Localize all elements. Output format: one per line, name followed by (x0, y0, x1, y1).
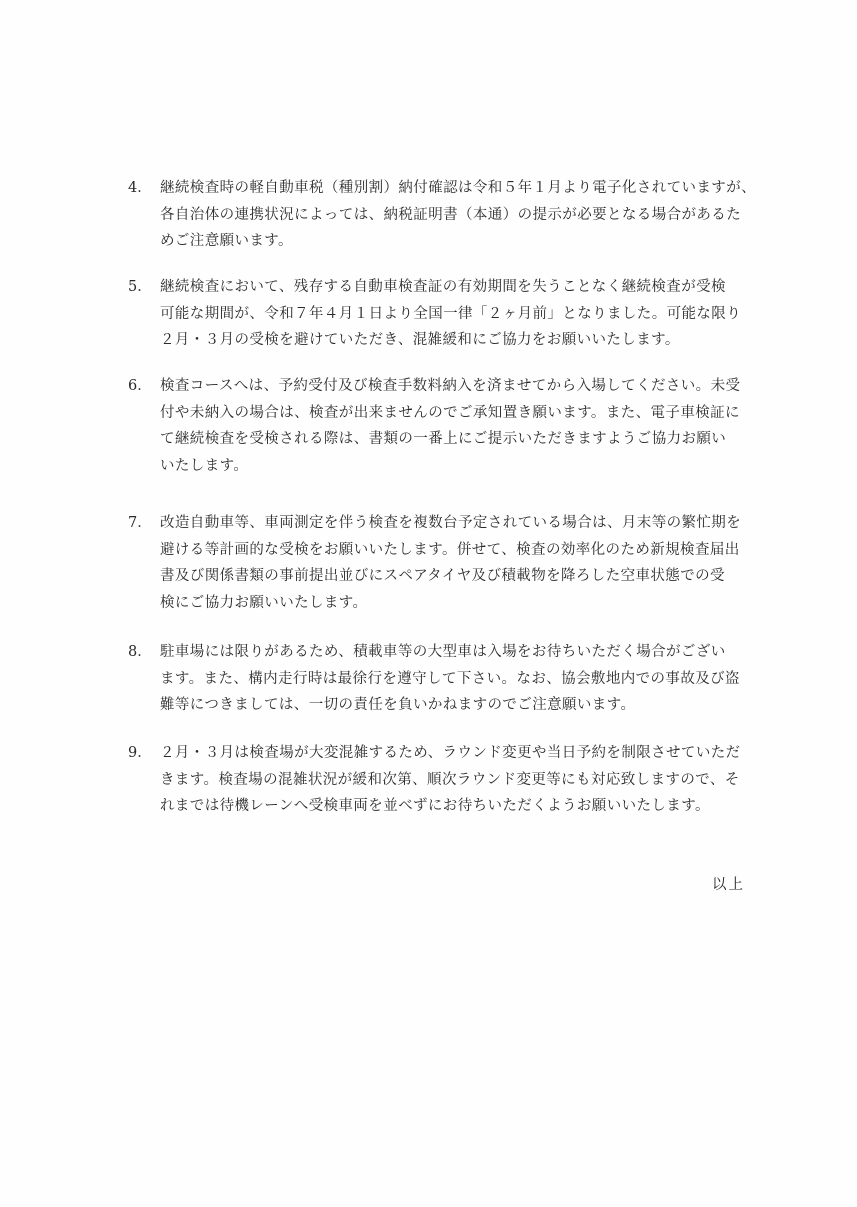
item-number: 5． (128, 274, 152, 301)
text-line: て継続検査を受検される際は、書類の一番上にご提示いただきますようご協力お願い (160, 426, 760, 453)
text-line: 付や未納入の場合は、検査が出来ませんのでご承知置き願います。また、電子車検証に (160, 400, 760, 427)
text-line: ２月・３月は検査場が大変混雑するため、ラウンド変更や当日予約を制限させていただ (160, 740, 760, 767)
item-text: 駐車場には限りがあるため、積載車等の大型車は入場をお待ちいただく場合がござい ま… (160, 639, 760, 719)
text-line: 検査コースへは、予約受付及び検査手数料納入を済ませてから入場してください。未受 (160, 373, 760, 400)
item-number: 9． (128, 740, 152, 767)
text-line: きます。検査場の混雑状況が緩和次第、順次ラウンド変更等にも対応致しますので、そ (160, 767, 760, 794)
item-number: 4． (128, 175, 152, 202)
text-line: 各自治体の連携状況によっては、納税証明書（本通）の提示が必要となる場合があるた (160, 202, 760, 229)
text-line: 可能な期間が、令和７年４月１日より全国一律「２ヶ月前」となりました。可能な限り (160, 301, 760, 328)
text-line: れまでは待機レーンへ受検車両を並べずにお待ちいただくようお願いいたします。 (160, 793, 760, 820)
text-line: 難等につきましては、一切の責任を負いかねますのでご注意願います。 (160, 692, 760, 719)
text-line: ます。また、構内走行時は最徐行を遵守して下さい。なお、協会敷地内での事故及び盗 (160, 666, 760, 693)
text-line: 避ける等計画的な受検をお願いいたします。併せて、検査の効率化のため新規検査届出 (160, 537, 760, 564)
document-page: 4． 継続検査時の軽自動車税（種別割）納付確認は令和５年１月より電子化されていま… (0, 0, 857, 1207)
item-text: ２月・３月は検査場が大変混雑するため、ラウンド変更や当日予約を制限させていただ … (160, 740, 760, 820)
text-line: 継続検査において、残存する自動車検査証の有効期間を失うことなく継続検査が受検 (160, 274, 760, 301)
text-line: 検にご協力お願いいたします。 (160, 590, 760, 617)
closing-remark: 以上 (712, 875, 745, 895)
text-line: 改造自動車等、車両測定を伴う検査を複数台予定されている場合は、月末等の繁忙期を (160, 510, 760, 537)
text-line: 継続検査時の軽自動車税（種別割）納付確認は令和５年１月より電子化されていますが、 (160, 175, 760, 202)
text-line: ２月・３月の受検を避けていただき、混雑緩和にご協力をお願いいたします。 (160, 327, 760, 354)
text-line: 駐車場には限りがあるため、積載車等の大型車は入場をお待ちいただく場合がござい (160, 639, 760, 666)
item-text: 検査コースへは、予約受付及び検査手数料納入を済ませてから入場してください。未受 … (160, 373, 760, 479)
text-line: いたします。 (160, 453, 760, 480)
item-text: 継続検査において、残存する自動車検査証の有効期間を失うことなく継続検査が受検 可… (160, 274, 760, 354)
item-text: 継続検査時の軽自動車税（種別割）納付確認は令和５年１月より電子化されていますが、… (160, 175, 760, 255)
text-line: めご注意願います。 (160, 228, 760, 255)
item-text: 改造自動車等、車両測定を伴う検査を複数台予定されている場合は、月末等の繁忙期を … (160, 510, 760, 616)
item-number: 6． (128, 373, 152, 400)
item-number: 8． (128, 639, 152, 666)
item-number: 7． (128, 510, 152, 537)
text-line: 書及び関係書類の事前提出並びにスペアタイヤ及び積載物を降ろした空車状態での受 (160, 563, 760, 590)
